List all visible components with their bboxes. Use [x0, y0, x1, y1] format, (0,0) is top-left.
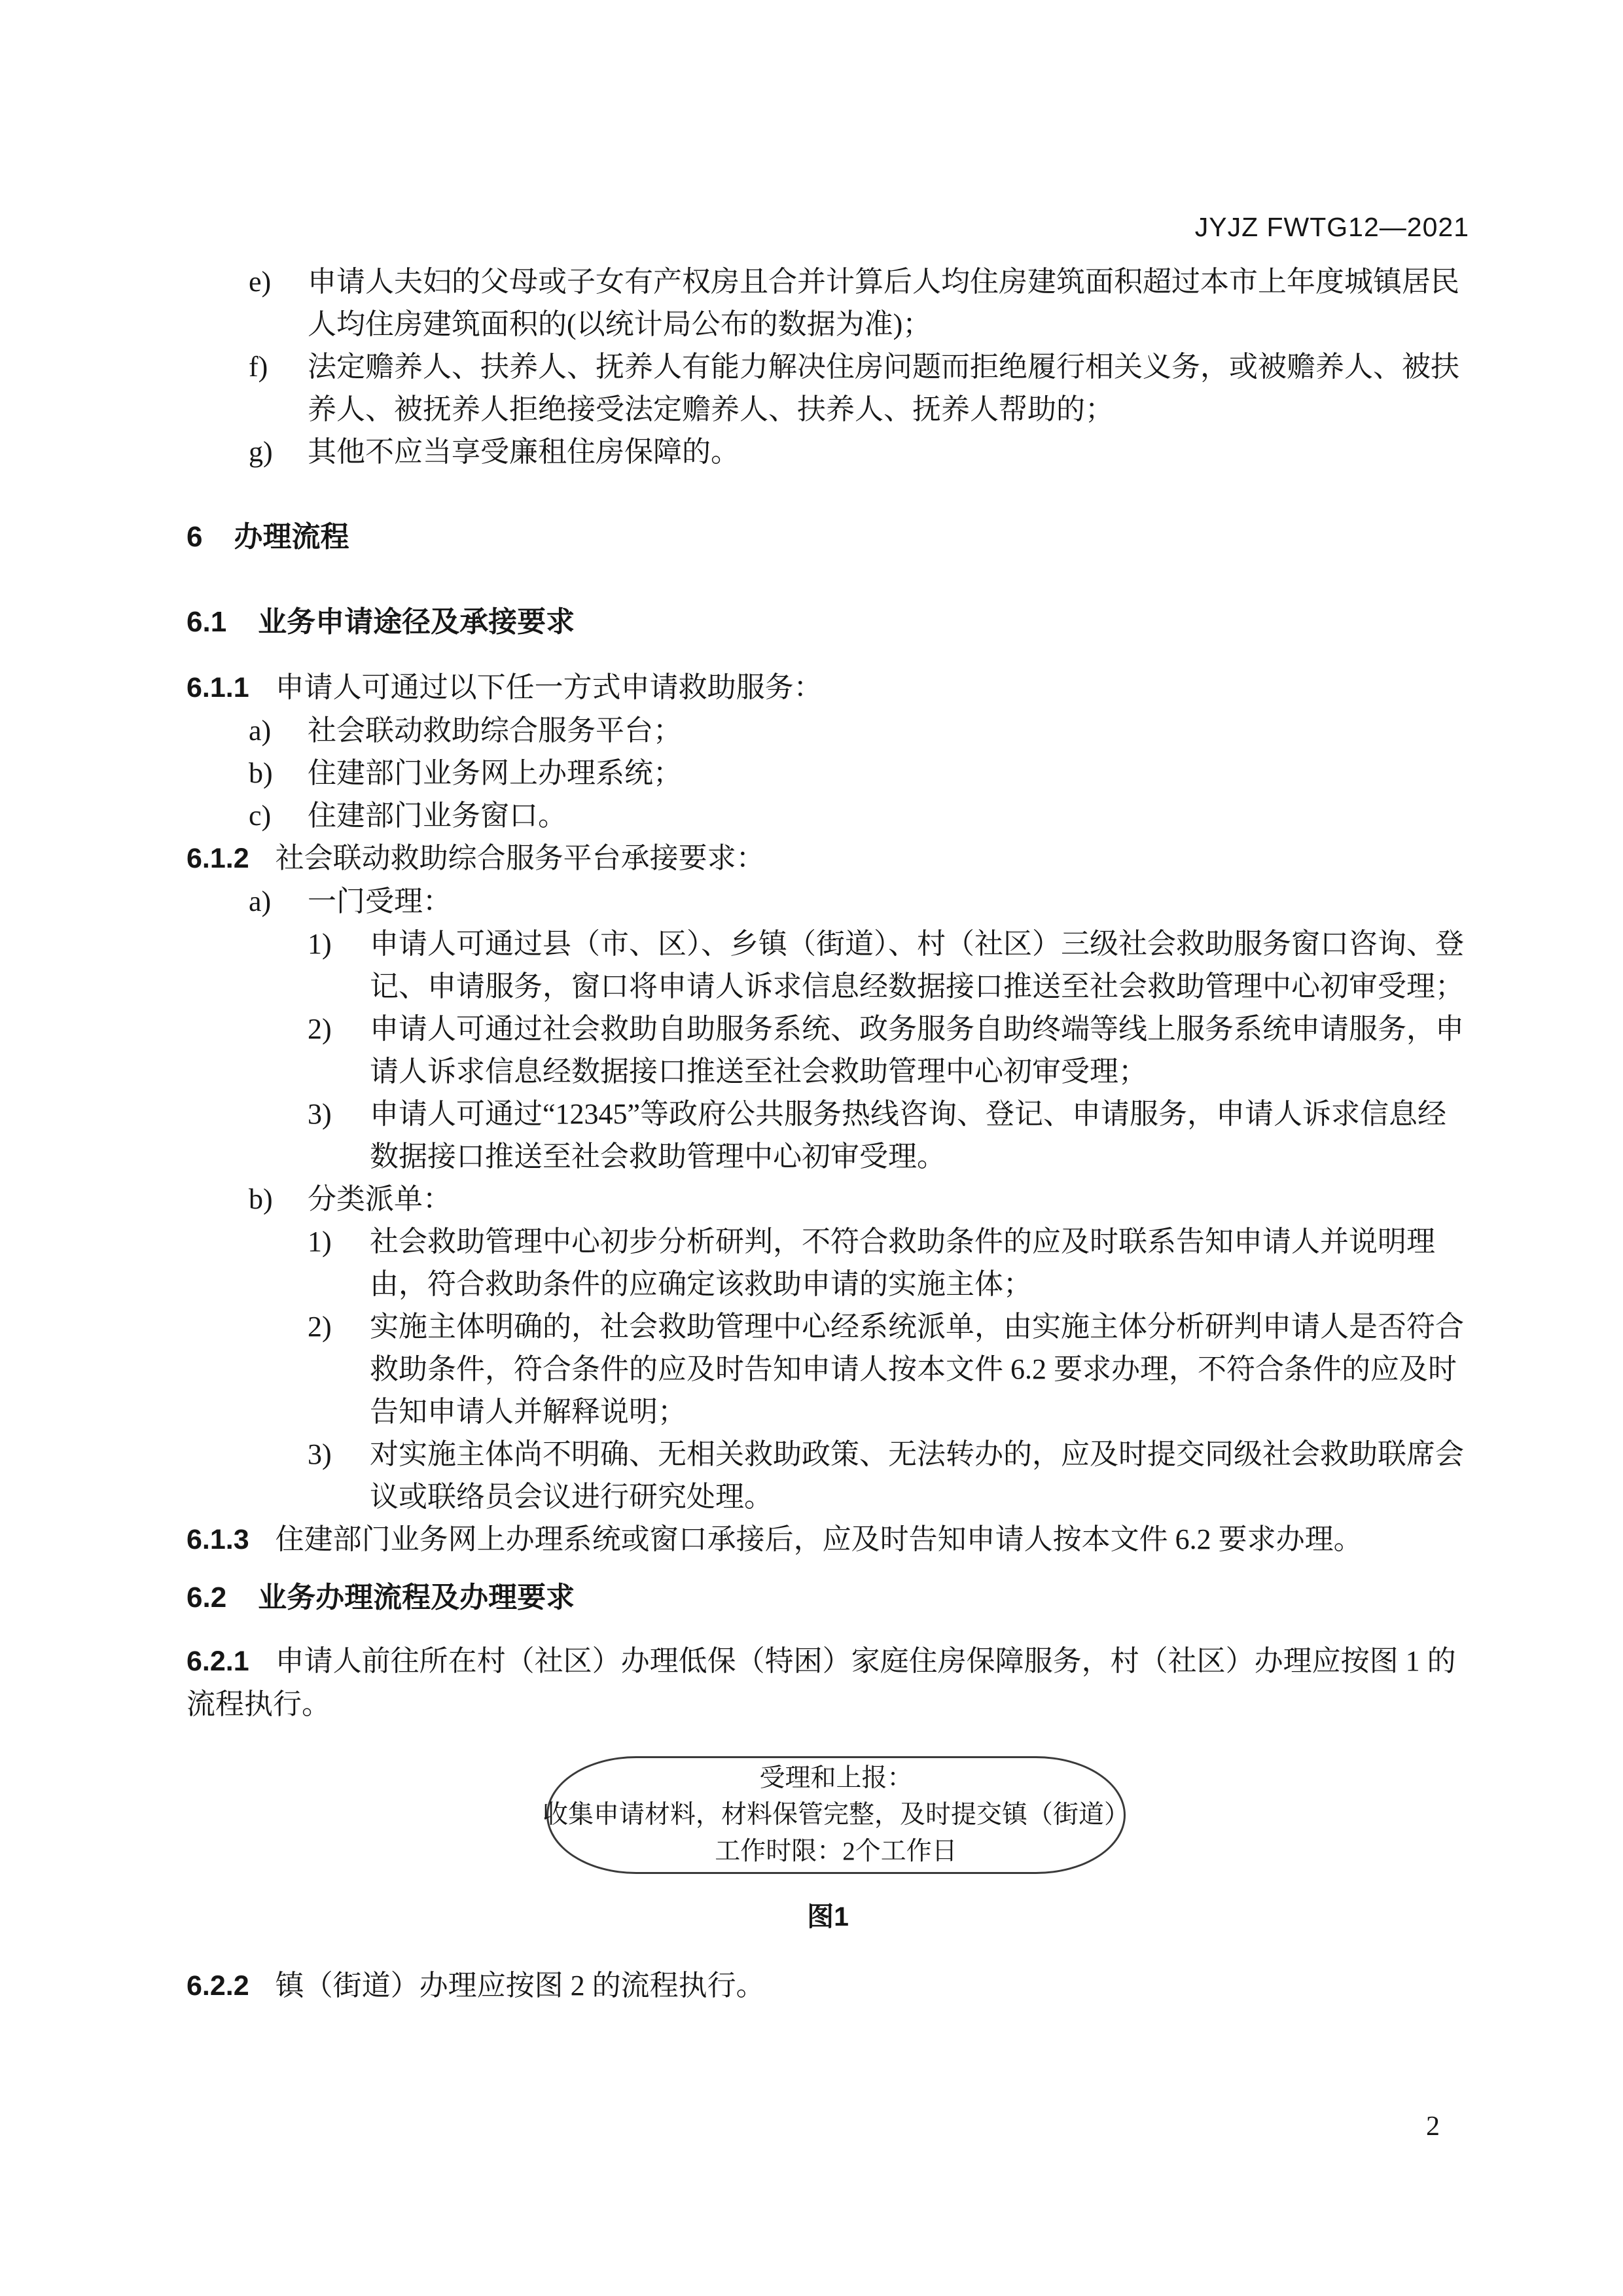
- one-door-sub-3: 3) 申请人可通过“12345”等政府公共服务热线咨询、登记、申请服务，申请人诉…: [187, 1093, 1469, 1178]
- list-marker: b): [249, 1178, 273, 1220]
- figure-line: 工作时限：2个工作日: [715, 1833, 957, 1870]
- list-item-text: 申请人可通过县（市、区）、乡镇（街道）、村（社区）三级社会救助服务窗口咨询、登记…: [370, 928, 1464, 1002]
- clause-text: 镇（街道）办理应按图 2 的流程执行。: [276, 1969, 765, 2002]
- list-marker: a): [249, 709, 271, 752]
- figure-line: 受理和上报：: [759, 1760, 912, 1797]
- list-marker: b): [249, 752, 273, 794]
- dispatch-sub-1: 1) 社会救助管理中心初步分析研判，不符合救助条件的应及时联系告知申请人并说明理…: [187, 1220, 1469, 1305]
- page-number: 2: [187, 2106, 1469, 2148]
- figure-1-terminator-shape: 受理和上报： 收集申请材料，材料保管完整，及时提交镇（街道） 工作时限：2个工作…: [546, 1756, 1126, 1874]
- list-item-text: 对实施主体尚不明确、无相关救助政策、无法转办的，应及时提交同级社会救助联席会议或…: [370, 1438, 1464, 1513]
- clause-number: 6.1.1: [187, 672, 249, 703]
- list-item-g: g) 其他不应当享受廉租住房保障的。: [187, 431, 1469, 473]
- list-item-text: 分类派单：: [308, 1183, 452, 1215]
- figure-1-caption: 图1: [187, 1896, 1469, 1938]
- list-item-text: 申请人可通过“12345”等政府公共服务热线咨询、登记、申请服务，申请人诉求信息…: [370, 1098, 1446, 1173]
- clause-number: 6.1.3: [187, 1524, 249, 1555]
- section-6-2-heading: 6.2业务办理流程及办理要求: [187, 1576, 1469, 1619]
- list-marker: f): [249, 345, 268, 388]
- channel-item-b: b) 住建部门业务网上办理系统；: [187, 752, 1469, 794]
- section-6-heading: 6办理流程: [187, 516, 1469, 558]
- list-marker: 2): [308, 1305, 332, 1348]
- list-item-text: 实施主体明确的，社会救助管理中心经系统派单，由实施主体分析研判申请人是否符合救助…: [370, 1311, 1464, 1428]
- list-item-text: 住建部门业务窗口。: [308, 800, 567, 832]
- channel-item-a: a) 社会联动救助综合服务平台；: [187, 709, 1469, 752]
- section-title: 办理流程: [234, 521, 349, 553]
- list-item-text: 申请人夫妇的父母或子女有产权房且合并计算后人均住房建筑面积超过本市上年度城镇居民…: [308, 266, 1459, 340]
- list-item-text: 住建部门业务网上办理系统；: [308, 757, 682, 789]
- list-item-text: 社会联动救助综合服务平台；: [308, 715, 682, 747]
- one-door-item: a) 一门受理：: [187, 880, 1469, 923]
- list-marker: 1): [308, 923, 332, 965]
- list-marker: c): [249, 794, 271, 837]
- clause-6-1-2: 6.1.2社会联动救助综合服务平台承接要求：: [187, 837, 1469, 880]
- dispatch-sub-3: 3) 对实施主体尚不明确、无相关救助政策、无法转办的，应及时提交同级社会救助联席…: [187, 1433, 1469, 1518]
- one-door-sub-1: 1) 申请人可通过县（市、区）、乡镇（街道）、村（社区）三级社会救助服务窗口咨询…: [187, 923, 1469, 1008]
- list-item-text: 其他不应当享受廉租住房保障的。: [308, 436, 740, 468]
- list-marker: 3): [308, 1433, 332, 1475]
- clause-text: 住建部门业务网上办理系统或窗口承接后，应及时告知申请人按本文件 6.2 要求办理…: [276, 1523, 1363, 1555]
- section-number: 6.2: [187, 1581, 226, 1614]
- clause-6-1-3: 6.1.3住建部门业务网上办理系统或窗口承接后，应及时告知申请人按本文件 6.2…: [187, 1518, 1469, 1561]
- section-title: 业务办理流程及办理要求: [258, 1581, 575, 1614]
- clause-6-2-1: 6.2.1申请人前往所在村（社区）办理低保（特困）家庭住房保障服务，村（社区）办…: [187, 1640, 1469, 1725]
- clause-text: 申请人可通过以下任一方式申请救助服务：: [276, 671, 823, 703]
- list-marker: a): [249, 880, 271, 923]
- list-item-text: 一门受理：: [308, 885, 452, 917]
- document-page: JYJZ FWTG12—2021 e) 申请人夫妇的父母或子女有产权房且合并计算…: [0, 0, 1623, 2296]
- clause-text: 社会联动救助综合服务平台承接要求：: [276, 842, 765, 874]
- list-marker: 3): [308, 1093, 332, 1135]
- list-item-text: 社会救助管理中心初步分析研判，不符合救助条件的应及时联系告知申请人并说明理由，符…: [370, 1226, 1435, 1300]
- section-title: 业务申请途径及承接要求: [258, 606, 575, 638]
- section-number: 6.1: [187, 606, 226, 638]
- list-marker: g): [249, 431, 273, 473]
- figure-line: 收集申请材料，材料保管完整，及时提交镇（街道）: [543, 1797, 1130, 1833]
- dispatch-sub-2: 2) 实施主体明确的，社会救助管理中心经系统派单，由实施主体分析研判申请人是否符…: [187, 1305, 1469, 1433]
- list-item-f: f) 法定赡养人、扶养人、抚养人有能力解决住房问题而拒绝履行相关义务，或被赡养人…: [187, 345, 1469, 431]
- doc-code: JYJZ FWTG12—2021: [187, 206, 1469, 249]
- list-item-e: e) 申请人夫妇的父母或子女有产权房且合并计算后人均住房建筑面积超过本市上年度城…: [187, 260, 1469, 345]
- clause-number: 6.2.2: [187, 1970, 249, 2002]
- section-6-1-heading: 6.1业务申请途径及承接要求: [187, 601, 1469, 643]
- exclusion-list: e) 申请人夫妇的父母或子女有产权房且合并计算后人均住房建筑面积超过本市上年度城…: [187, 260, 1469, 473]
- clause-6-1-1: 6.1.1申请人可通过以下任一方式申请救助服务：: [187, 666, 1469, 709]
- one-door-sub-2: 2) 申请人可通过社会救助自助服务系统、政务服务自助终端等线上服务系统申请服务，…: [187, 1008, 1469, 1093]
- dispatch-item: b) 分类派单：: [187, 1178, 1469, 1220]
- clause-number: 6.1.2: [187, 843, 249, 874]
- list-item-text: 法定赡养人、扶养人、抚养人有能力解决住房问题而拒绝履行相关义务，或被赡养人、被扶…: [308, 351, 1459, 425]
- clause-6-2-2: 6.2.2镇（街道）办理应按图 2 的流程执行。: [187, 1964, 1469, 2007]
- list-marker: e): [249, 260, 271, 303]
- clause-number: 6.2.1: [187, 1646, 249, 1677]
- list-marker: 1): [308, 1220, 332, 1263]
- channel-item-c: c) 住建部门业务窗口。: [187, 794, 1469, 837]
- list-item-text: 申请人可通过社会救助自助服务系统、政务服务自助终端等线上服务系统申请服务，申请人…: [370, 1013, 1464, 1087]
- section-number: 6: [187, 521, 202, 553]
- list-marker: 2): [308, 1008, 332, 1050]
- clause-text: 申请人前往所在村（社区）办理低保（特困）家庭住房保障服务，村（社区）办理应按图 …: [187, 1645, 1456, 1720]
